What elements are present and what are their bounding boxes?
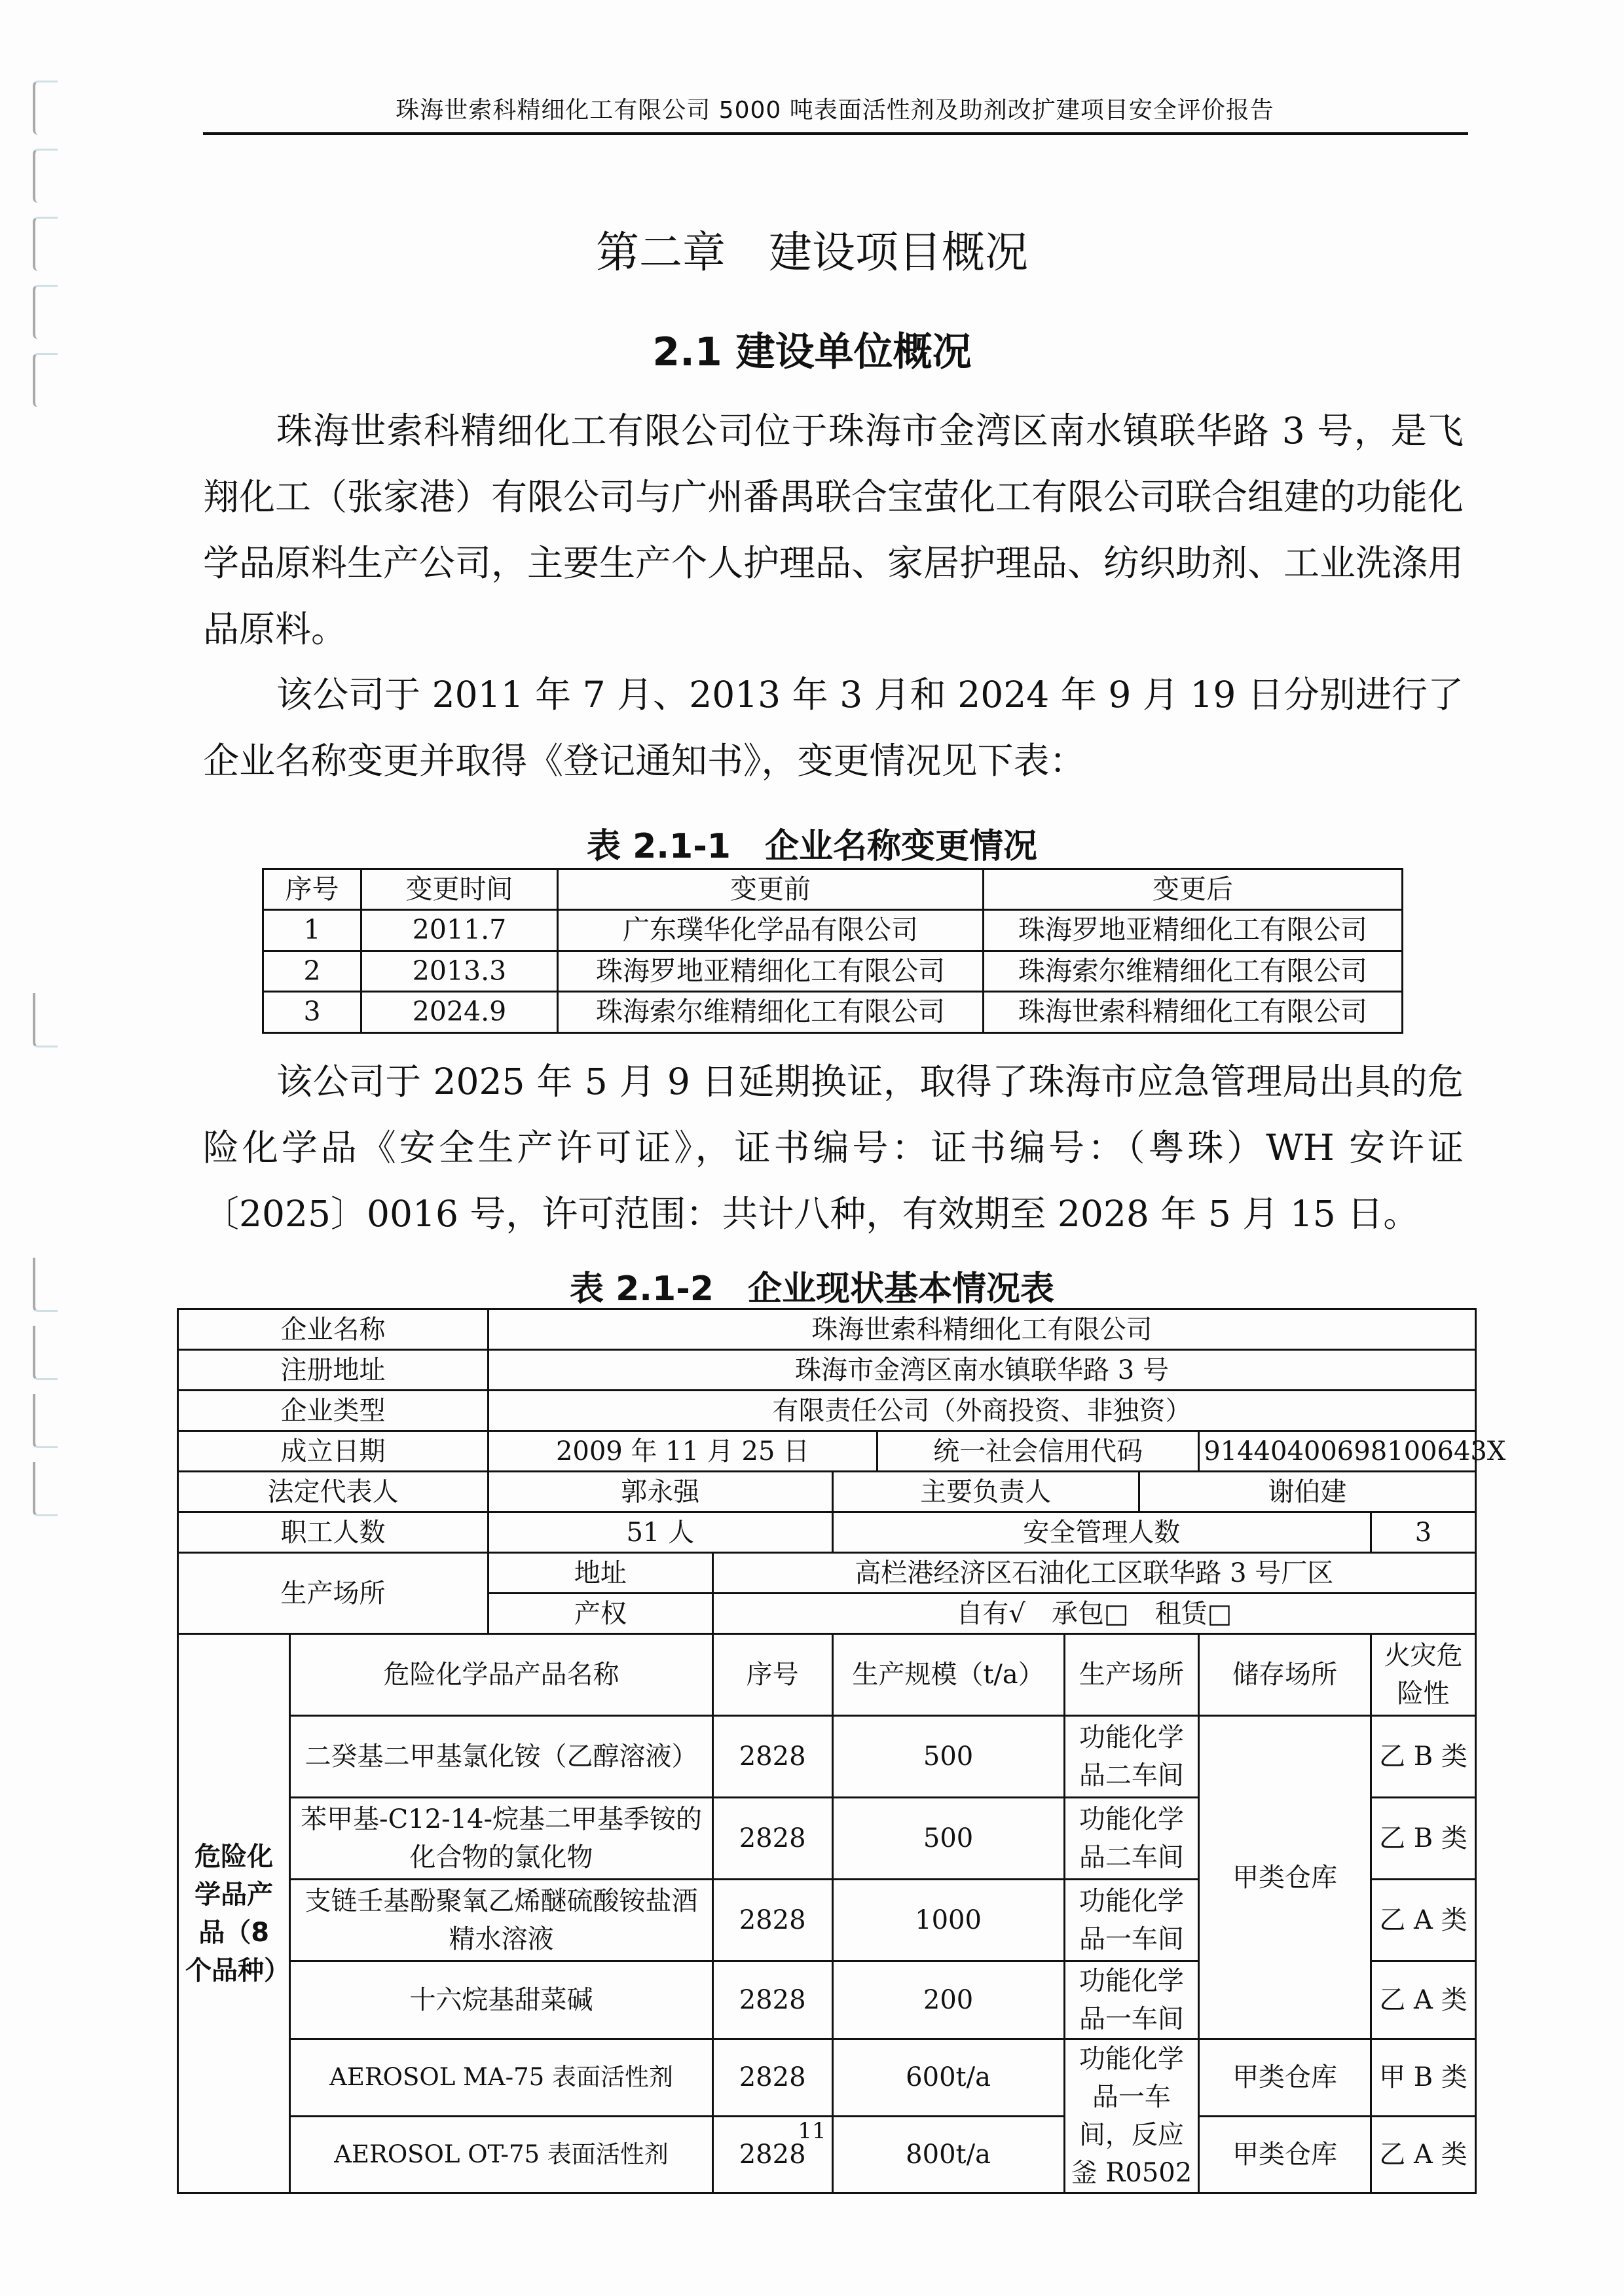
label-cell: 企业类型 [178,1391,489,1431]
product-fire-class: 乙 A 类 [1371,1880,1475,1961]
enterprise-status-table: 企业名称 珠海世索科精细化工有限公司 注册地址 珠海市金湾区南水镇联华路 3 号… [177,1308,1477,2194]
product-no: 2828 [712,1961,832,2039]
product-scale: 200 [832,1961,1064,2039]
value-cell: 91440400698100643X [1199,1431,1476,1472]
product-site: 功能化学品一车间 [1064,1880,1199,1961]
value-cell: 3 [1371,1512,1475,1553]
product-name: 苯甲基-C12-14-烷基二甲基季铵的化合物的氯化物 [290,1798,712,1880]
table-row: AEROSOL MA-75 表面活性剂 2828 600t/a 功能化学品一车间… [178,2039,1476,2117]
table-cell: 珠海索尔维精细化工有限公司 [984,951,1403,991]
table-cell: 广东璞华化学品有限公司 [558,910,984,951]
product-no: 2828 [712,2039,832,2117]
name-change-table: 序号 变更时间 变更前 变更后 1 2011.7 广东璞华化学品有限公司 珠海罗… [262,868,1403,1034]
label-cell: 职工人数 [178,1512,489,1553]
binding-mark [33,1394,58,1448]
label-cell: 成立日期 [178,1431,489,1472]
section-title: 2.1 建设单位概况 [0,321,1624,377]
label-cell: 法定代表人 [178,1472,489,1512]
label-cell: 注册地址 [178,1350,489,1391]
product-scale: 500 [832,1716,1064,1798]
table-cell: 2 [263,951,361,991]
product-scale: 600t/a [832,2039,1064,2117]
product-scale: 500 [832,1798,1064,1880]
paragraph-license: 该公司于 2025 年 5 月 9 日延期换证，取得了珠海市应急管理局出具的危险… [203,1049,1464,1247]
header-cell: 变更后 [984,869,1403,910]
table-row: 生产场所 地址 高栏港经济区石油化工区联华路 3 号厂区 [178,1553,1476,1594]
table-header-row: 序号 变更时间 变更前 变更后 [263,869,1403,910]
table-row: 二癸基二甲基氯化铵（乙醇溶液） 2828 500 功能化学品二车间 甲类仓库 乙… [178,1716,1476,1798]
product-name: 十六烷基甜菜碱 [290,1961,712,2039]
header-cell: 序号 [712,1634,832,1716]
table-cell: 2013.3 [361,951,558,991]
table-row: 职工人数 51 人 安全管理人数 3 [178,1512,1476,1553]
product-fire-class: 甲 B 类 [1371,2039,1475,2117]
product-name: 支链壬基酚聚氧乙烯醚硫酸铵盐酒精水溶液 [290,1880,712,1961]
table-cell: 2011.7 [361,910,558,951]
label-cell: 企业名称 [178,1309,489,1350]
binding-mark [33,1462,58,1516]
table-row: 企业名称 珠海世索科精细化工有限公司 [178,1309,1476,1350]
product-storage: 甲类仓库 [1199,2039,1371,2117]
table-cell: 珠海索尔维精细化工有限公司 [558,992,984,1032]
value-cell: 谢伯建 [1139,1472,1475,1512]
binding-mark [33,993,58,1048]
hazchem-group-label: 危险化学品产品（8 个品种） [178,1634,290,2193]
header-cell: 储存场所 [1199,1634,1371,1716]
label-cell: 统一社会信用代码 [877,1431,1199,1472]
binding-mark [33,149,58,203]
header-cell: 生产规模（t/a） [832,1634,1064,1716]
table-row: 2 2013.3 珠海罗地亚精细化工有限公司 珠海索尔维精细化工有限公司 [263,951,1403,991]
table-cell: 珠海世索科精细化工有限公司 [984,992,1403,1032]
header-rule [203,132,1468,135]
label-cell: 主要负责人 [832,1472,1139,1512]
value-cell: 有限责任公司（外商投资、非独资） [489,1391,1476,1431]
value-cell: 高栏港经济区石油化工区联华路 3 号厂区 [712,1553,1475,1594]
product-site: 功能化学品二车间 [1064,1716,1199,1798]
product-site: 功能化学品一车间 [1064,1961,1199,2039]
header-cell: 变更时间 [361,869,558,910]
table-row: 企业类型 有限责任公司（外商投资、非独资） [178,1391,1476,1431]
value-cell: 珠海市金湾区南水镇联华路 3 号 [489,1350,1476,1391]
paragraph-company-intro: 珠海世索科精细化工有限公司位于珠海市金湾区南水镇联华路 3 号，是飞翔化工（张家… [203,398,1464,663]
header-cell: 生产场所 [1064,1634,1199,1716]
running-header: 珠海世索科精细化工有限公司 5000 吨表面活性剂及助剂改扩建项目安全评价报告 [203,92,1467,125]
table2-caption: 表 2.1-2 企业现状基本情况表 [0,1261,1624,1310]
header-cell: 危险化学品产品名称 [290,1634,712,1716]
product-fire-class: 乙 B 类 [1371,1716,1475,1798]
chapter-title: 第二章 建设项目概况 [0,217,1624,280]
value-cell: 珠海世索科精细化工有限公司 [489,1309,1476,1350]
label-cell: 安全管理人数 [832,1512,1371,1553]
product-header-row: 危险化学品产品（8 个品种） 危险化学品产品名称 序号 生产规模（t/a） 生产… [178,1634,1476,1716]
table-cell: 珠海罗地亚精细化工有限公司 [558,951,984,991]
product-site: 功能化学品一车间，反应釜 R0502 [1064,2039,1199,2193]
binding-mark [33,81,58,135]
table-cell: 3 [263,992,361,1032]
product-no: 2828 [712,1880,832,1961]
value-cell: 郭永强 [489,1472,832,1512]
binding-mark [33,1326,58,1380]
product-no: 2828 [712,1798,832,1880]
product-storage: 甲类仓库 [1199,1716,1371,2039]
label-cell: 生产场所 [178,1553,489,1634]
product-name: 二癸基二甲基氯化铵（乙醇溶液） [290,1716,712,1798]
value-cell: 2009 年 11 月 25 日 [489,1431,877,1472]
header-cell: 火灾危险性 [1371,1634,1475,1716]
value-cell: 51 人 [489,1512,832,1553]
table-row: 3 2024.9 珠海索尔维精细化工有限公司 珠海世索科精细化工有限公司 [263,992,1403,1032]
header-cell: 变更前 [558,869,984,910]
table-row: 1 2011.7 广东璞华化学品有限公司 珠海罗地亚精细化工有限公司 [263,910,1403,951]
table1-caption: 表 2.1-1 企业名称变更情况 [0,818,1624,867]
product-fire-class: 乙 B 类 [1371,1798,1475,1880]
product-site: 功能化学品二车间 [1064,1798,1199,1880]
table-cell: 1 [263,910,361,951]
product-scale: 1000 [832,1880,1064,1961]
label-cell: 产权 [489,1594,713,1634]
label-cell: 地址 [489,1553,713,1594]
product-no: 2828 [712,1716,832,1798]
table-cell: 2024.9 [361,992,558,1032]
table-row: 注册地址 珠海市金湾区南水镇联华路 3 号 [178,1350,1476,1391]
header-cell: 序号 [263,869,361,910]
table-cell: 珠海罗地亚精细化工有限公司 [984,910,1403,951]
product-fire-class: 乙 A 类 [1371,1961,1475,2039]
product-name: AEROSOL MA-75 表面活性剂 [290,2039,712,2117]
paragraph-name-changes: 该公司于 2011 年 7 月、2013 年 3 月和 2024 年 9 月 1… [203,662,1464,794]
page-number: 11 [0,2118,1624,2144]
table-row: 法定代表人 郭永强 主要负责人 谢伯建 [178,1472,1476,1512]
table-row: 成立日期 2009 年 11 月 25 日 统一社会信用代码 914404006… [178,1431,1476,1472]
value-cell: 自有√ 承包□ 租赁□ [712,1594,1475,1634]
